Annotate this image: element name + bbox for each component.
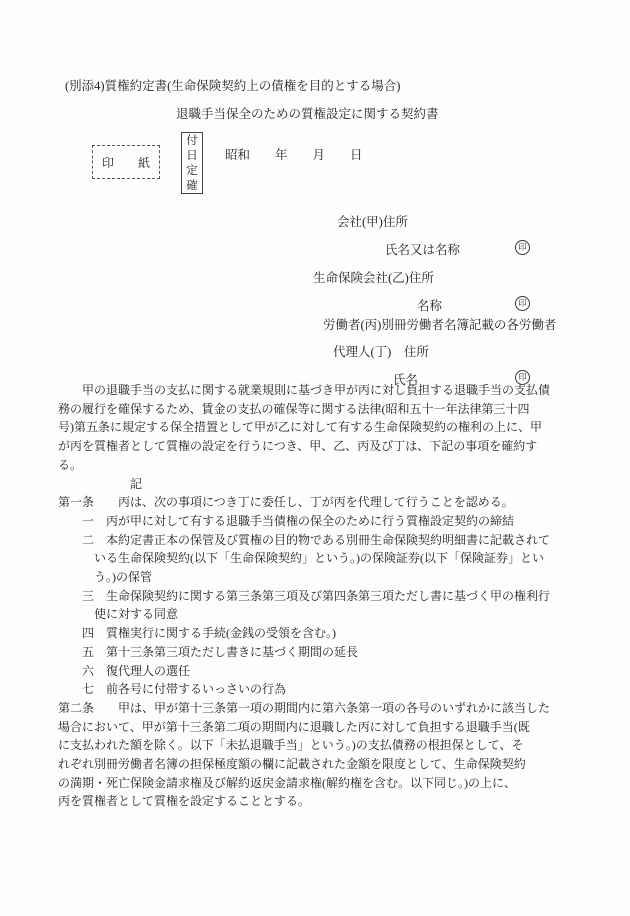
document-line: 第二条 甲は、甲が第十三条第一項の期間内に第六条第一項の各号のいずれかに該当した [58, 699, 588, 718]
revenue-stamp-box: 印 紙 [92, 145, 160, 179]
document-line: 場合において、甲が第十三条第二項の期間内に退職した丙に対して負担する退職手当(既 [58, 718, 588, 737]
document-line: 号)第五条に規定する保全措置として甲が乙に対して有する生命保険契約の権利の上に、… [58, 418, 588, 437]
seal-icon: 印 [515, 240, 530, 255]
certified-date-stamp: 付日定確 [181, 132, 203, 194]
document-line: る。 [58, 456, 588, 475]
document-line: 丙を質権者として質権を設定することとする。 [58, 792, 588, 811]
document-line: 二 本約定書正本の保管及び質権の目的物である別冊生命保険契約明細書に記載されて [58, 531, 588, 550]
document-line: 五 第十三条第三項ただし書きに基づく期間の延長 [58, 643, 588, 662]
document-line: 務の履行を確保するため、賃金の支払の確保等に関する法律(昭和五十一年法律第三十四 [58, 400, 588, 419]
date-line: 昭和 年 月 日 [225, 145, 363, 163]
document-line: 四 質権実行に関する手続(金銭の受領を含む。) [58, 624, 588, 643]
seal-icon: 印 [515, 296, 530, 311]
document-line: いる生命保険契約(以下「生命保険契約」という。)の保険証券(以下「保険証券」とい [58, 549, 588, 568]
document-body: 甲の退職手当の支払に関する就業規則に基づき甲が丙に対し負担する退職手当の支払債務… [58, 381, 588, 811]
document-line: 記 [58, 475, 588, 494]
party-agent-address: 代理人(丁) 住所 [333, 342, 429, 360]
party-company-address: 会社(甲)住所 [337, 212, 408, 230]
document-line: 使に対する同意 [58, 605, 588, 624]
document-line: の満期・死亡保険金請求権及び解約返戻金請求権(解約権を含む。以下同じ。)の上に、 [58, 774, 588, 793]
document-page: (別添4)質権約定書(生命保険契約上の債権を目的とする場合) 退職手当保全のため… [0, 0, 630, 916]
document-title: (別添4)質権約定書(生命保険契約上の債権を目的とする場合) [65, 76, 400, 94]
document-line: に支払われた額を除く。以下「未払退職手当」という。)の支払債務の根担保として、そ [58, 736, 588, 755]
document-line: れぞれ別冊労働者名簿の担保極度額の欄に記載された金額を限度として、生命保険契約 [58, 755, 588, 774]
document-line: 三 生命保険契約に関する第三条第三項及び第四条第三項ただし書に基づく甲の権利行 [58, 587, 588, 606]
party-company-name: 氏名又は名称 [385, 240, 460, 258]
party-insurer-address: 生命保険会社(乙)住所 [313, 268, 434, 286]
document-line: う。)の保管 [58, 568, 588, 587]
document-line: 一 丙が甲に対して有する退職手当債権の保全のために行う質権設定契約の締結 [58, 512, 588, 531]
document-subtitle: 退職手当保全のための質権設定に関する契約書 [176, 104, 439, 122]
document-line: が丙を質権者として質権の設定を行うにつき、甲、乙、丙及び丁は、下記の事項を確約す [58, 437, 588, 456]
document-line: 七 前各号に付帯するいっさいの行為 [58, 680, 588, 699]
party-workers: 労働者(丙)別冊労働者名簿記載の各労働者 [323, 315, 556, 333]
party-insurer-name: 名称 [417, 296, 442, 314]
document-line: 六 復代理人の選任 [58, 662, 588, 681]
document-line: 第一条 丙は、次の事項につき丁に委任し、丁が丙を代理して行うことを認める。 [58, 493, 588, 512]
document-line: 甲の退職手当の支払に関する就業規則に基づき甲が丙に対し負担する退職手当の支払債 [58, 381, 588, 400]
